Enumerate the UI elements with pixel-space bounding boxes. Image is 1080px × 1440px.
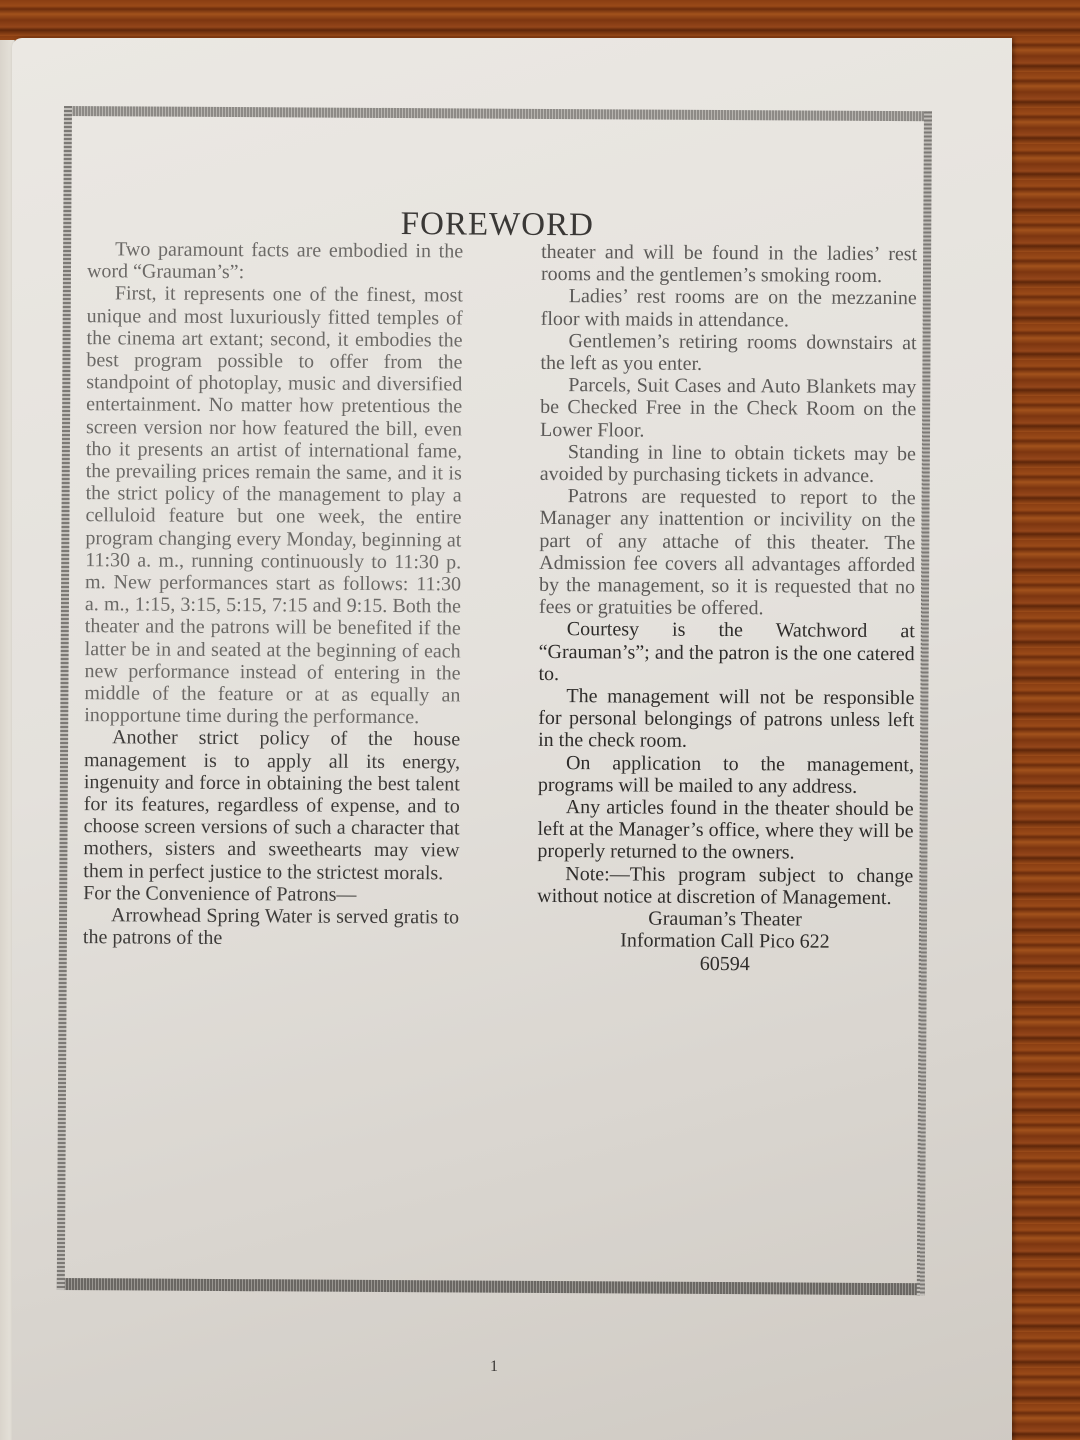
paragraph-intro: Two paramount facts are embodied in the … <box>87 238 463 285</box>
paragraph-gentlemen-rooms: Gentlemen’s retiring rooms downstairs at… <box>540 330 916 377</box>
page-number: 1 <box>490 1358 498 1376</box>
border-right <box>917 111 932 1295</box>
paragraph-convenience-heading: For the Convenience of Patrons— <box>83 882 459 906</box>
paragraph-policy: Another strict policy of the house manag… <box>83 727 460 885</box>
program-page: FOREWORD Two paramount facts are embodie… <box>12 38 1012 1440</box>
paragraph-ladies-rooms: Ladies’ rest rooms are on the mezzanine … <box>541 285 917 332</box>
paragraph-note: Note:—This program subject to change wit… <box>537 863 913 910</box>
paragraph-mail-programs: On application to the management, progra… <box>538 752 914 799</box>
paragraph-first-second: First, it represents one of the finest, … <box>84 283 463 729</box>
paragraph-check-room: Parcels, Suit Cases and Auto Blankets ma… <box>540 374 916 443</box>
paragraph-courtesy: Courtesy is the Watchword at “Grauman’s”… <box>538 618 914 687</box>
text-columns: Two paramount facts are embodied in the … <box>83 238 917 976</box>
signature-theater: Grauman’s Theater <box>537 907 913 931</box>
paragraph-lost-articles: Any articles found in the theater should… <box>537 796 913 865</box>
paragraph-tickets: Standing in line to obtain tickets may b… <box>540 441 916 488</box>
signature-phone: Information Call Pico 622 <box>537 929 913 953</box>
decorative-border-frame: FOREWORD Two paramount facts are embodie… <box>57 106 932 1295</box>
paragraph-arrowhead-water: Arrowhead Spring Water is served gratis … <box>83 904 459 951</box>
paragraph-report-manager: Patrons are requested to report to the M… <box>539 485 916 621</box>
signature-code: 60594 <box>537 951 913 975</box>
paragraph-continuation: theater and will be found in the ladies’… <box>541 241 917 288</box>
right-column: theater and will be found in the ladies’… <box>537 241 917 976</box>
paragraph-belongings: The management will not be responsible f… <box>538 685 914 754</box>
border-left <box>57 106 72 1290</box>
border-bottom <box>57 1278 925 1295</box>
left-column: Two paramount facts are embodied in the … <box>83 238 463 973</box>
border-top <box>64 106 932 121</box>
